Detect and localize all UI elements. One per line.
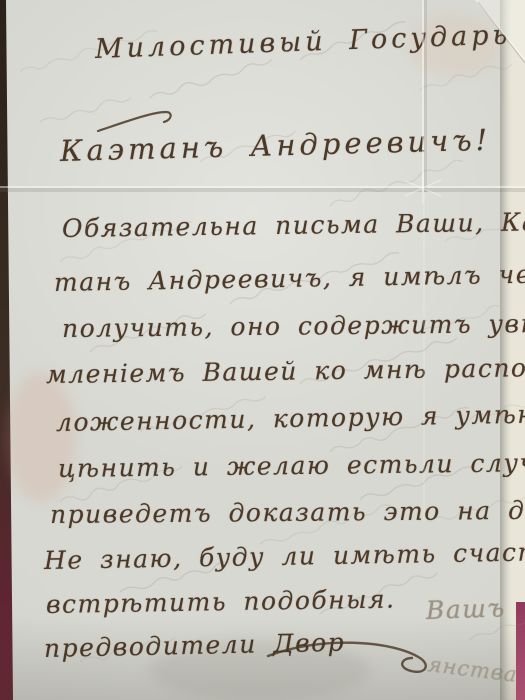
body-line: Не знаю, буду ли имѣть счастіе xyxy=(44,537,525,575)
body-line: цѣнить и желаю естьли случай xyxy=(58,448,525,483)
body-line: Обязательна письма Ваши, Каэ- xyxy=(62,207,525,243)
letter-heading: Милостивый Государь xyxy=(94,19,511,65)
body-line: приведетъ доказать это на дѣлѣ. xyxy=(50,495,525,529)
body-line: получить, оно содержитъ увѣдо- xyxy=(62,308,525,343)
letter-photo: Милостивый Государь Каэтанъ Андреевичъ! … xyxy=(0,0,525,700)
body-line: танъ Андреевичъ, я имѣлъ честь xyxy=(54,259,525,297)
trailing-fragment: янства xyxy=(427,652,519,687)
closing-word: Вашъ xyxy=(425,593,506,625)
body-line: встрѣтить подобныя. xyxy=(46,585,396,619)
salutation-line: Каэтанъ Андреевичъ! xyxy=(60,123,492,168)
body-line: ложенности, которую я умѣю xyxy=(56,400,525,437)
body-line: предводители Двор xyxy=(44,628,346,663)
handwriting-layer: Милостивый Государь Каэтанъ Андреевичъ! … xyxy=(0,0,525,700)
body-line: мленіемъ Вашей ко мнѣ распо- xyxy=(46,353,525,389)
